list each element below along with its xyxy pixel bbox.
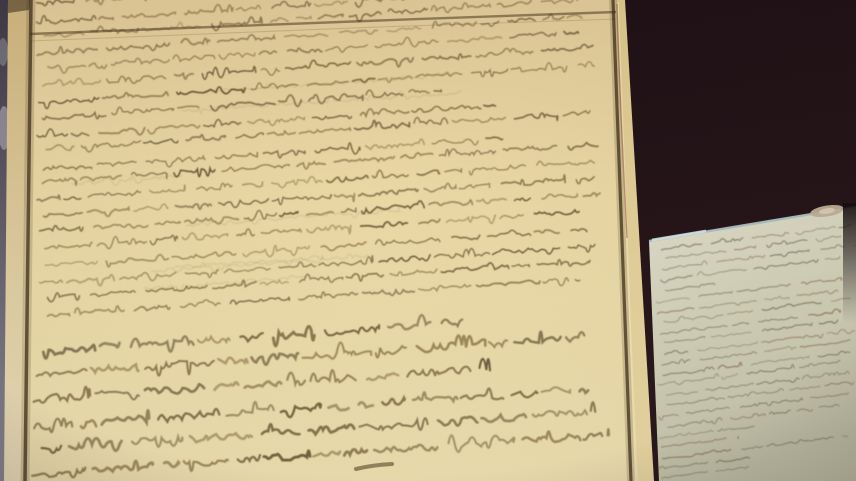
- exhibit-photo: [0, 0, 856, 481]
- photo-vignette: [0, 0, 856, 481]
- manuscript-photo: [0, 0, 856, 481]
